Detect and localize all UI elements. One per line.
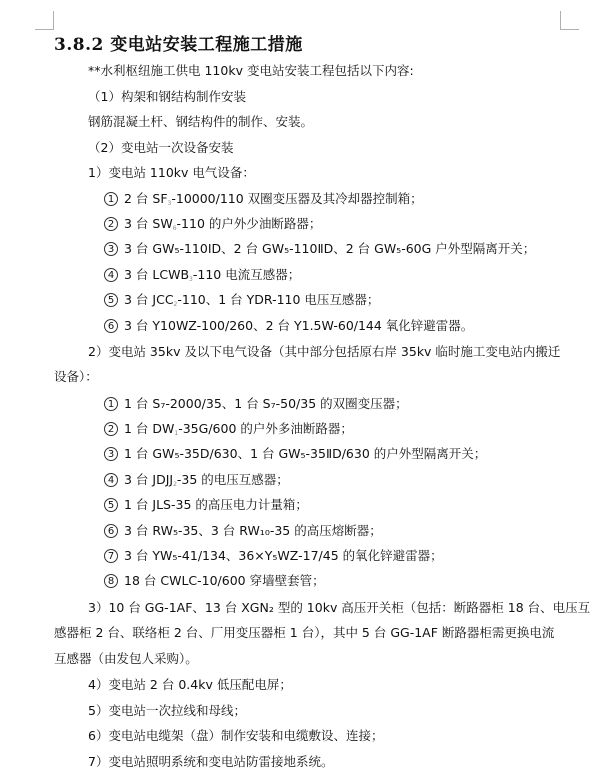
circled-number-icon: 5 <box>104 498 118 512</box>
circled-number-icon: 7 <box>104 549 118 563</box>
list-item: 43 台 JDJJ2-35 的电压互感器； <box>104 472 289 493</box>
circled-number-icon: 6 <box>104 524 118 538</box>
sub4-paragraph: 4）变电站 2 台 0.4kv 低压配电屏； <box>88 677 292 693</box>
section-heading: 3.8.2 变电站安装工程施工措施 <box>54 30 303 55</box>
list-item: 43 台 LCWB3-110 电流互感器； <box>104 267 300 288</box>
list-item: 33 台 GW₅-110ⅠD、2 台 GW₅-110ⅡD、2 台 GW₅-60G… <box>104 241 535 257</box>
list-item: 31 台 GW₅-35D/630、1 台 GW₅-35ⅡD/630 的户外型隔离… <box>104 446 486 462</box>
circled-number-icon: 4 <box>104 473 118 487</box>
circled-number-icon: 1 <box>104 192 118 206</box>
list-item: 23 台 SW6-110 的户外少油断路器； <box>104 216 321 237</box>
sub2-title-line1: 2）变电站 35kv 及以下电气设备（其中部分包括原右岸 35kv 临时施工变电… <box>88 344 560 360</box>
sub2-title-line2: 设备）： <box>54 369 98 385</box>
list-item: 11 台 S₇-2000/35、1 台 S₇-50/35 的双圈变压器； <box>104 396 408 412</box>
sub5-paragraph: 5）变电站一次拉线和母线； <box>88 703 246 719</box>
section1-body: 钢筋混凝土杆、钢结构件的制作、安装。 <box>88 114 313 130</box>
list-item: 73 台 YW₅-41/134、36×Y₅WZ-17/45 的氧化锌避雷器； <box>104 548 443 564</box>
sub3-line3: 互感器（由发包人采购）。 <box>54 651 198 667</box>
sub3-line2: 感器柜 2 台、联络柜 2 台、厂用变压器柜 1 台），其中 5 台 GG-1A… <box>54 625 554 641</box>
list-item: 63 台 Y10WZ-100/260、2 台 Y1.5W-60/144 氧化锌避… <box>104 318 473 334</box>
section2-title: （2）变电站一次设备安装 <box>88 140 233 156</box>
list-item: 818 台 CWLC-10/600 穿墙壁套管； <box>104 573 325 589</box>
circled-number-icon: 8 <box>104 574 118 588</box>
list-item: 63 台 RW₅-35、3 台 RW₁₀-35 的高压熔断器； <box>104 523 382 539</box>
intro-paragraph: **水利枢纽施工供电 110kv 变电站安装工程包括以下内容: <box>88 63 414 79</box>
circled-number-icon: 6 <box>104 319 118 333</box>
sub6-paragraph: 6）变电站电缆架（盘）制作安装和电缆敷设、连接； <box>88 728 383 744</box>
circled-number-icon: 4 <box>104 268 118 282</box>
circled-number-icon: 2 <box>104 422 118 436</box>
circled-number-icon: 3 <box>104 447 118 461</box>
list-item: 12 台 SF3-10000/110 双圈变压器及其冷却器控制箱； <box>104 191 423 212</box>
sub3-line1: 3）10 台 GG-1AF、13 台 XGN₂ 型的 10kv 高压开关柜（包括… <box>88 600 590 616</box>
sub7-paragraph: 7）变电站照明系统和变电站防雷接地系统。 <box>88 754 333 770</box>
section1-title: （1）构架和钢结构制作安装 <box>88 89 246 105</box>
list-item: 21 台 DW1-35G/600 的户外多油断路器； <box>104 421 353 442</box>
sub1-title: 1）变电站 110kv 电气设备： <box>88 165 255 181</box>
list-item: 51 台 JLS-35 的高压电力计量箱； <box>104 497 308 513</box>
circled-number-icon: 3 <box>104 242 118 256</box>
page-corner-mark-right <box>560 11 579 30</box>
circled-number-icon: 1 <box>104 397 118 411</box>
circled-number-icon: 2 <box>104 217 118 231</box>
list-item: 53 台 JCC2-110、1 台 YDR-110 电压互感器； <box>104 292 379 313</box>
page-corner-mark-left <box>35 11 54 30</box>
circled-number-icon: 5 <box>104 293 118 307</box>
